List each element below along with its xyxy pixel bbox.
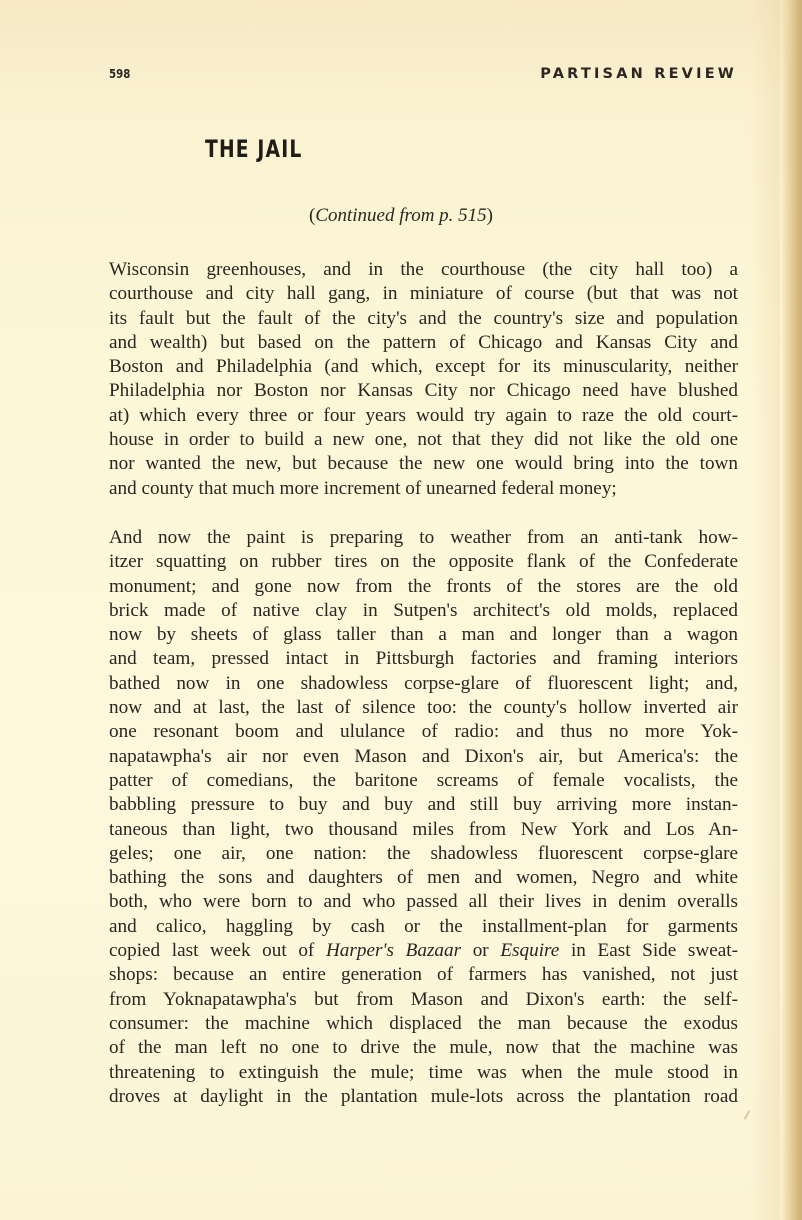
text-line: monument; and gone now from the fronts o… — [109, 575, 738, 599]
text-line: now and at last, the last of silence too… — [109, 696, 738, 720]
text-line: babbling pressure to buy and buy and sti… — [109, 793, 738, 817]
text-line: geles; one air, one nation: the shadowle… — [109, 842, 738, 866]
page-edge — [780, 0, 802, 1220]
text-line: house in order to build a new one, not t… — [109, 428, 738, 452]
continued-text: Continued from p. 515 — [315, 205, 486, 226]
text-line: napatawpha's air nor even Mason and Dixo… — [109, 745, 738, 769]
article-title: THE JAIL — [205, 135, 302, 163]
paragraph-2: And now the paint is preparing to weathe… — [109, 526, 738, 1109]
text-line: taneous than light, two thousand miles f… — [109, 818, 738, 842]
text-line: and wealth) but based on the pattern of … — [109, 331, 738, 355]
continued-close-paren: ) — [487, 205, 493, 226]
text-line: its fault but the fault of the city's an… — [109, 307, 738, 331]
text-line: courthouse and city hall gang, in miniat… — [109, 282, 738, 306]
text-line: both, who were born to and who passed al… — [109, 890, 738, 914]
text-line: and team, pressed intact in Pittsburgh f… — [109, 647, 738, 671]
text-segment: copied last week out of — [109, 940, 326, 961]
text-line: Boston and Philadelphia (and which, exce… — [109, 355, 738, 379]
text-line: and county that much more increment of u… — [109, 477, 738, 501]
text-line: itzer squatting on rubber tires on the o… — [109, 550, 738, 574]
magazine-title-harpers-bazaar: Harper's Bazaar — [326, 940, 461, 961]
text-segment: or — [461, 940, 500, 961]
text-line: now by sheets of glass taller than a man… — [109, 623, 738, 647]
text-line: Wisconsin greenhouses, and in the courth… — [109, 258, 738, 282]
text-line: Philadelphia nor Boston nor Kansas City … — [109, 379, 738, 403]
text-segment: in East Side sweat- — [559, 940, 738, 961]
text-line: bathing the sons and daughters of men an… — [109, 866, 738, 890]
journal-title: PARTISAN REVIEW — [540, 66, 737, 82]
text-line: consumer: the machine which displaced th… — [109, 1012, 738, 1036]
text-line: bathed now in one shadowless corpse-glar… — [109, 672, 738, 696]
text-line: brick made of native clay in Sutpen's ar… — [109, 599, 738, 623]
text-line-with-italics: copied last week out of Harper's Bazaar … — [109, 939, 738, 963]
text-line: one resonant boom and ululance of radio:… — [109, 720, 738, 744]
text-line: of the man left no one to drive the mule… — [109, 1036, 738, 1060]
text-line: from Yoknapatawpha's but from Mason and … — [109, 988, 738, 1012]
paragraph-1: Wisconsin greenhouses, and in the courth… — [109, 258, 738, 501]
page-shadow — [750, 0, 780, 1220]
text-line: nor wanted the new, but because the new … — [109, 452, 738, 476]
running-head: 598 PARTISAN REVIEW — [109, 64, 737, 84]
page-number: 598 — [109, 67, 130, 81]
text-line: and calico, haggling by cash or the inst… — [109, 915, 738, 939]
text-line: shops: because an entire generation of f… — [109, 963, 738, 987]
text-line: patter of comedians, the baritone scream… — [109, 769, 738, 793]
magazine-title-esquire: Esquire — [500, 940, 559, 961]
text-line: at) which every three or four years woul… — [109, 404, 738, 428]
continued-note: (Continued from p. 515) — [0, 205, 802, 227]
text-line: And now the paint is preparing to weathe… — [109, 526, 738, 550]
text-line: threatening to extinguish the mule; time… — [109, 1061, 738, 1085]
text-line: droves at daylight in the plantation mul… — [109, 1085, 738, 1109]
